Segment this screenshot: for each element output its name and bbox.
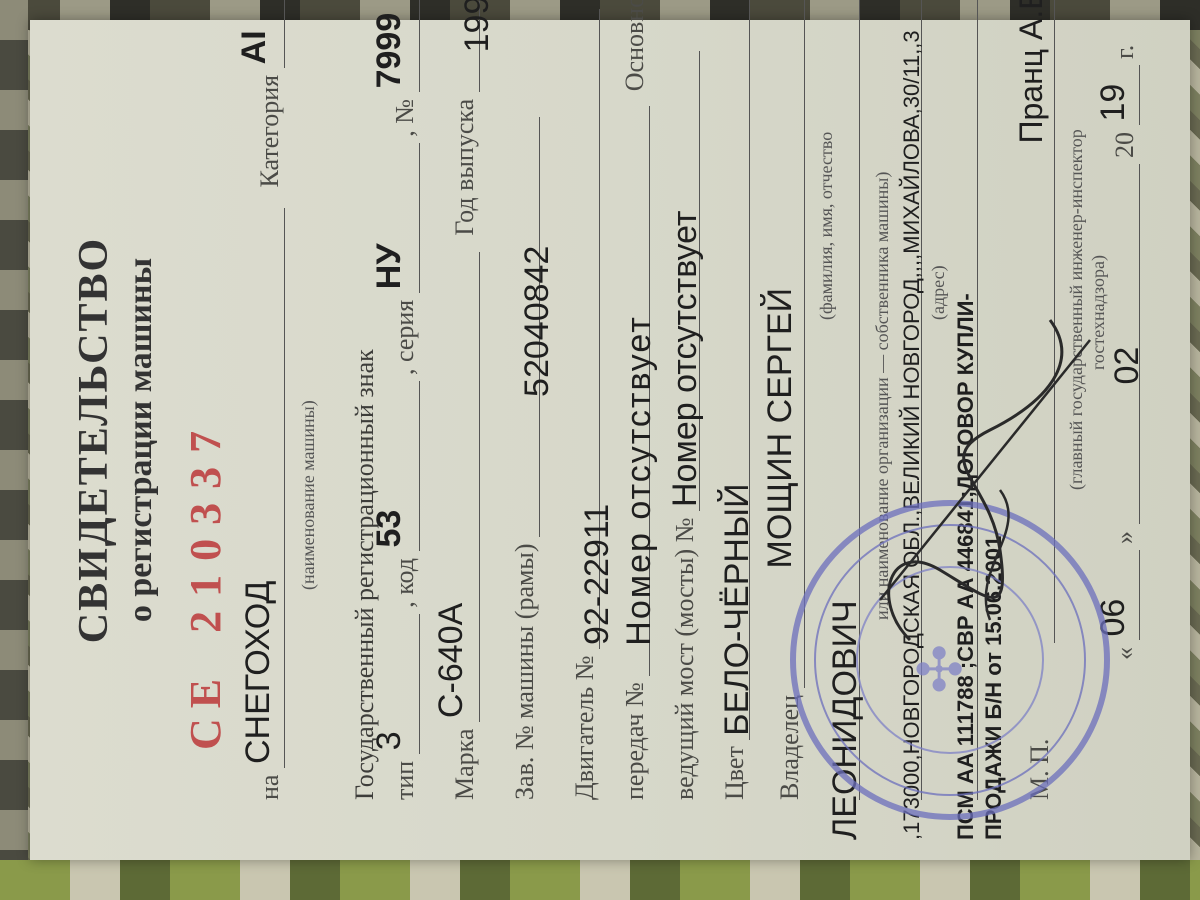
date-row: « 06 » 02 20 19 г. (1110, 60, 1140, 660)
axle-label-1: Основной (620, 0, 649, 91)
color-label: Цвет (720, 746, 749, 800)
category-label: Категория (255, 75, 284, 188)
color-row: Цвет БЕЛО-ЧЁРНЫЙ (720, 60, 750, 800)
date-quote-open: « (1110, 647, 1139, 660)
document-title: СВИДЕТЕЛЬСТВО (70, 20, 118, 860)
year-value: 1990 (458, 0, 497, 52)
color-value: БЕЛО-ЧЁРНЫЙ (718, 483, 757, 735)
registration-certificate: СВИДЕТЕЛЬСТВО о регистрации машины СЕ210… (30, 20, 1190, 860)
code-label: , код (390, 558, 419, 608)
date-month: 02 (1108, 347, 1147, 385)
type-value: 3 (370, 731, 409, 750)
axle-row: ведущий мост (мосты) № Номер отсутствует (670, 60, 700, 800)
date-year-unit: г. (1110, 45, 1139, 59)
document-photo: СВИДЕТЕЛЬСТВО о регистрации машины СЕ210… (20, 10, 1200, 870)
code-value: 53 (370, 510, 409, 548)
frame-row: Зав. № машины (рамы) 52040842 (510, 60, 540, 800)
frame-label: Зав. № машины (рамы) (510, 543, 539, 800)
owner-value-line1: МОЩИН СЕРГЕЙ (761, 288, 800, 569)
na-label: на (255, 775, 284, 800)
number-value: 7999 (370, 13, 409, 89)
serial-series: СЕ (181, 669, 230, 750)
make-value: С-640А (432, 603, 471, 718)
number-label: , № (390, 99, 419, 137)
machine-name-value: СНЕГОХОД (239, 581, 278, 764)
reg-sign-label: Государственный регистрационный знак (350, 60, 380, 800)
engine-value: 92-22911 (578, 504, 617, 645)
axle-value: Номер отсутствует (666, 210, 705, 507)
reg-sign-row: тип 3 , код 53 , серия НУ , № 7999 (390, 60, 420, 800)
year-label: Год выпуска (450, 99, 479, 236)
axle-label-2: ведущий мост (мосты) № (670, 518, 699, 801)
engine-label: Двигатель № (570, 656, 599, 801)
inspector-signature (850, 300, 1110, 660)
serial-digits: 210337 (181, 417, 230, 633)
series-value: НУ (370, 244, 409, 290)
date-year-suffix: 19 (1094, 84, 1133, 122)
date-year-prefix: 20 (1110, 132, 1139, 158)
make-row: Марка С-640А Год выпуска 1990 (450, 60, 480, 800)
series-label: , серия (390, 300, 419, 375)
gearbox-value: Номер отсутствует (620, 315, 659, 646)
type-label: тип (390, 761, 419, 800)
engine-row: Двигатель № 92-22911 Коробка (570, 60, 600, 800)
document-subtitle: о регистрации машины (122, 20, 160, 860)
frame-value: 52040842 (518, 246, 557, 397)
gearbox-row: передач № Номер отсутствует Основной (620, 60, 650, 800)
gearbox-label-2: передач № (620, 682, 649, 800)
serial-number: СЕ210337 (180, 417, 231, 750)
inspector-name: Пранц А.Е. (1013, 0, 1050, 144)
machine-name-hint: (наименование машины) (298, 400, 319, 590)
make-label: Марка (450, 729, 479, 800)
category-value: AI (235, 30, 274, 64)
machine-name-row: на СНЕГОХОД Категория AI (255, 60, 285, 800)
